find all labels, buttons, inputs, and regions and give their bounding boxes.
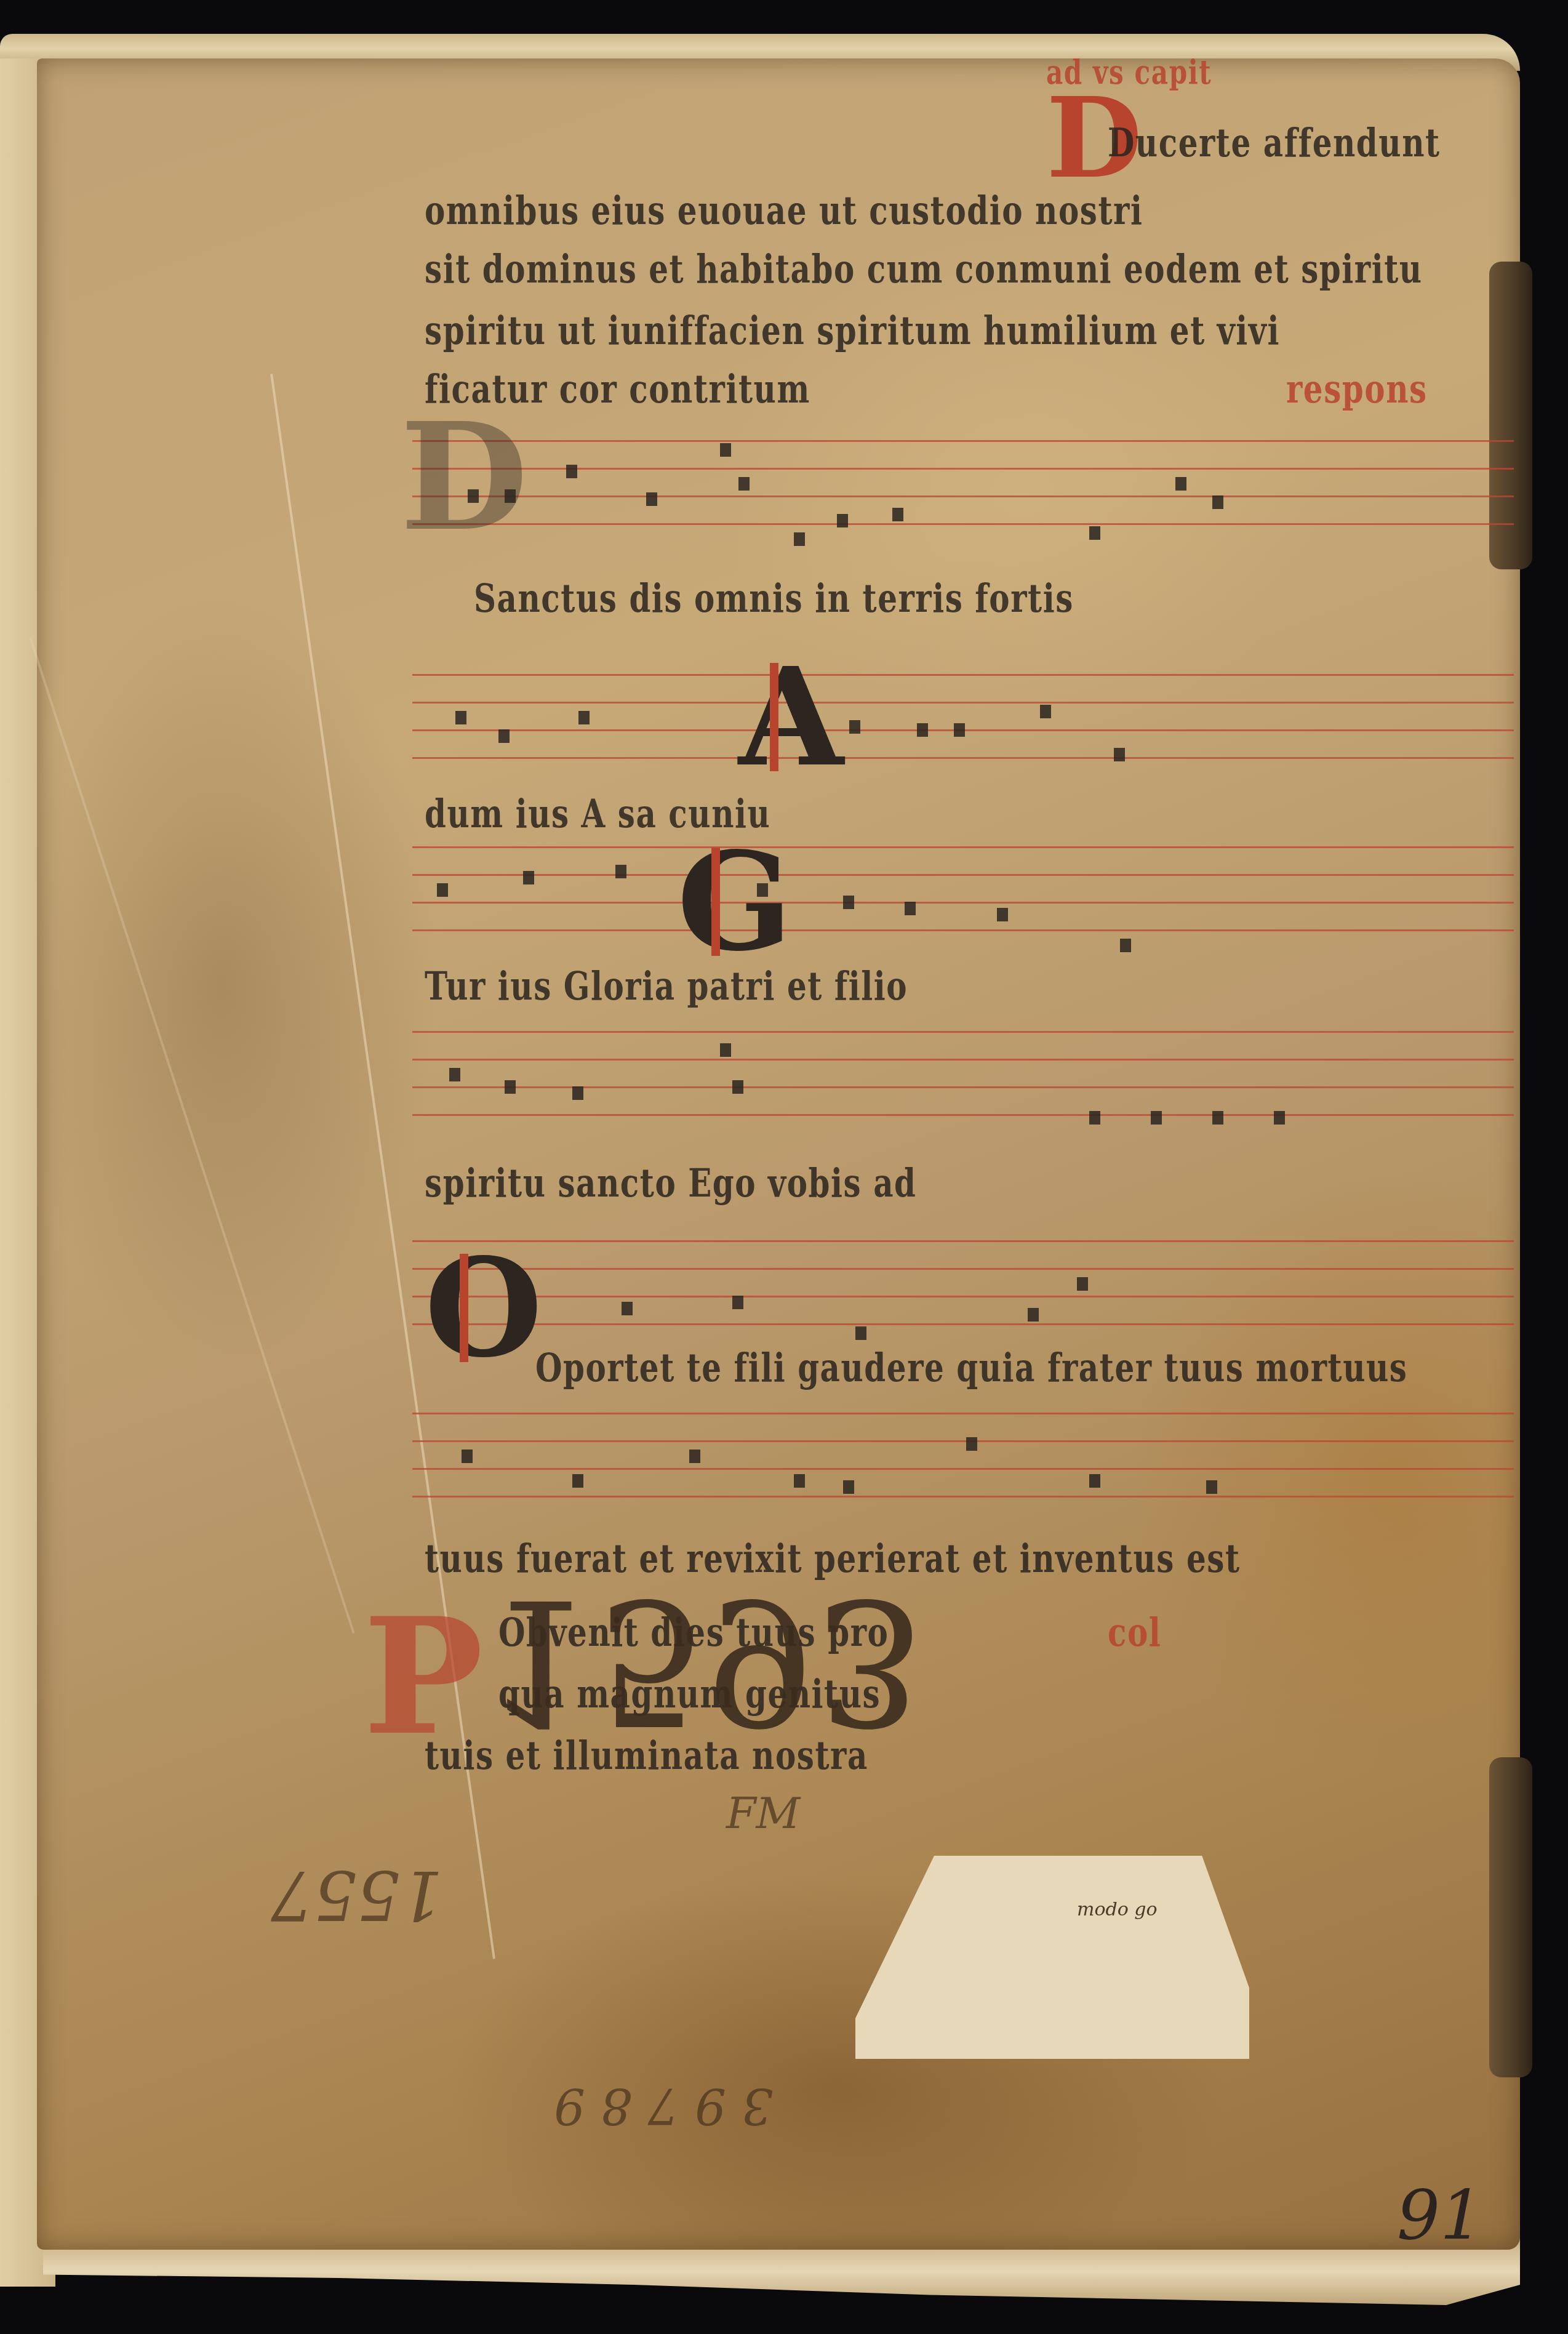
inverted-year-inscription: 1593 — [486, 1560, 925, 1761]
initial-letter: G — [677, 834, 793, 969]
initial-letter: D — [400, 403, 528, 551]
initial-letter: A — [738, 649, 844, 785]
text-line: Ducerte affendunt — [1108, 120, 1441, 166]
rubric-text: col — [1108, 1610, 1161, 1656]
text-line: Sanctus dis omnis in terris fortis — [474, 575, 1074, 622]
music-staff — [412, 846, 1514, 976]
rubric-text: respons — [1286, 366, 1428, 412]
text-line: Oportet te fili gaudere quia frater tuus… — [535, 1345, 1408, 1391]
music-staff — [412, 674, 1514, 803]
clasp-strap-lower — [1489, 1757, 1532, 2077]
cursive-inscription: 1557 — [271, 1856, 443, 1935]
cursive-inscription-bottom: 3 9 7 8 9 — [554, 2077, 773, 2135]
shelfmark-number: 91 — [1397, 2176, 1483, 2255]
text-line: sit dominus et habitabo cum conmuni eode… — [425, 246, 1423, 292]
manuscript-book: ad vs capit D Ducerte affendunt omnibus … — [0, 34, 1532, 2305]
text-line: Tur ius Gloria patri et filio — [425, 963, 908, 1009]
music-staff — [412, 440, 1514, 569]
text-line: spiritu sancto Ego vobis ad — [425, 1160, 917, 1206]
crease — [29, 638, 354, 1634]
music-staff — [412, 1413, 1514, 1542]
initial-letter: O — [425, 1240, 543, 1376]
text-line: omnibus eius euouae ut custodio nostri — [425, 188, 1143, 234]
cursive-inscription: FM — [726, 1788, 800, 1839]
initial-letter: P — [363, 1597, 484, 1757]
label-text: modo go — [1077, 1899, 1158, 1920]
music-staff — [412, 1031, 1514, 1160]
text-line: spiritu ut iuniffacien spiritum humilium… — [425, 308, 1280, 354]
